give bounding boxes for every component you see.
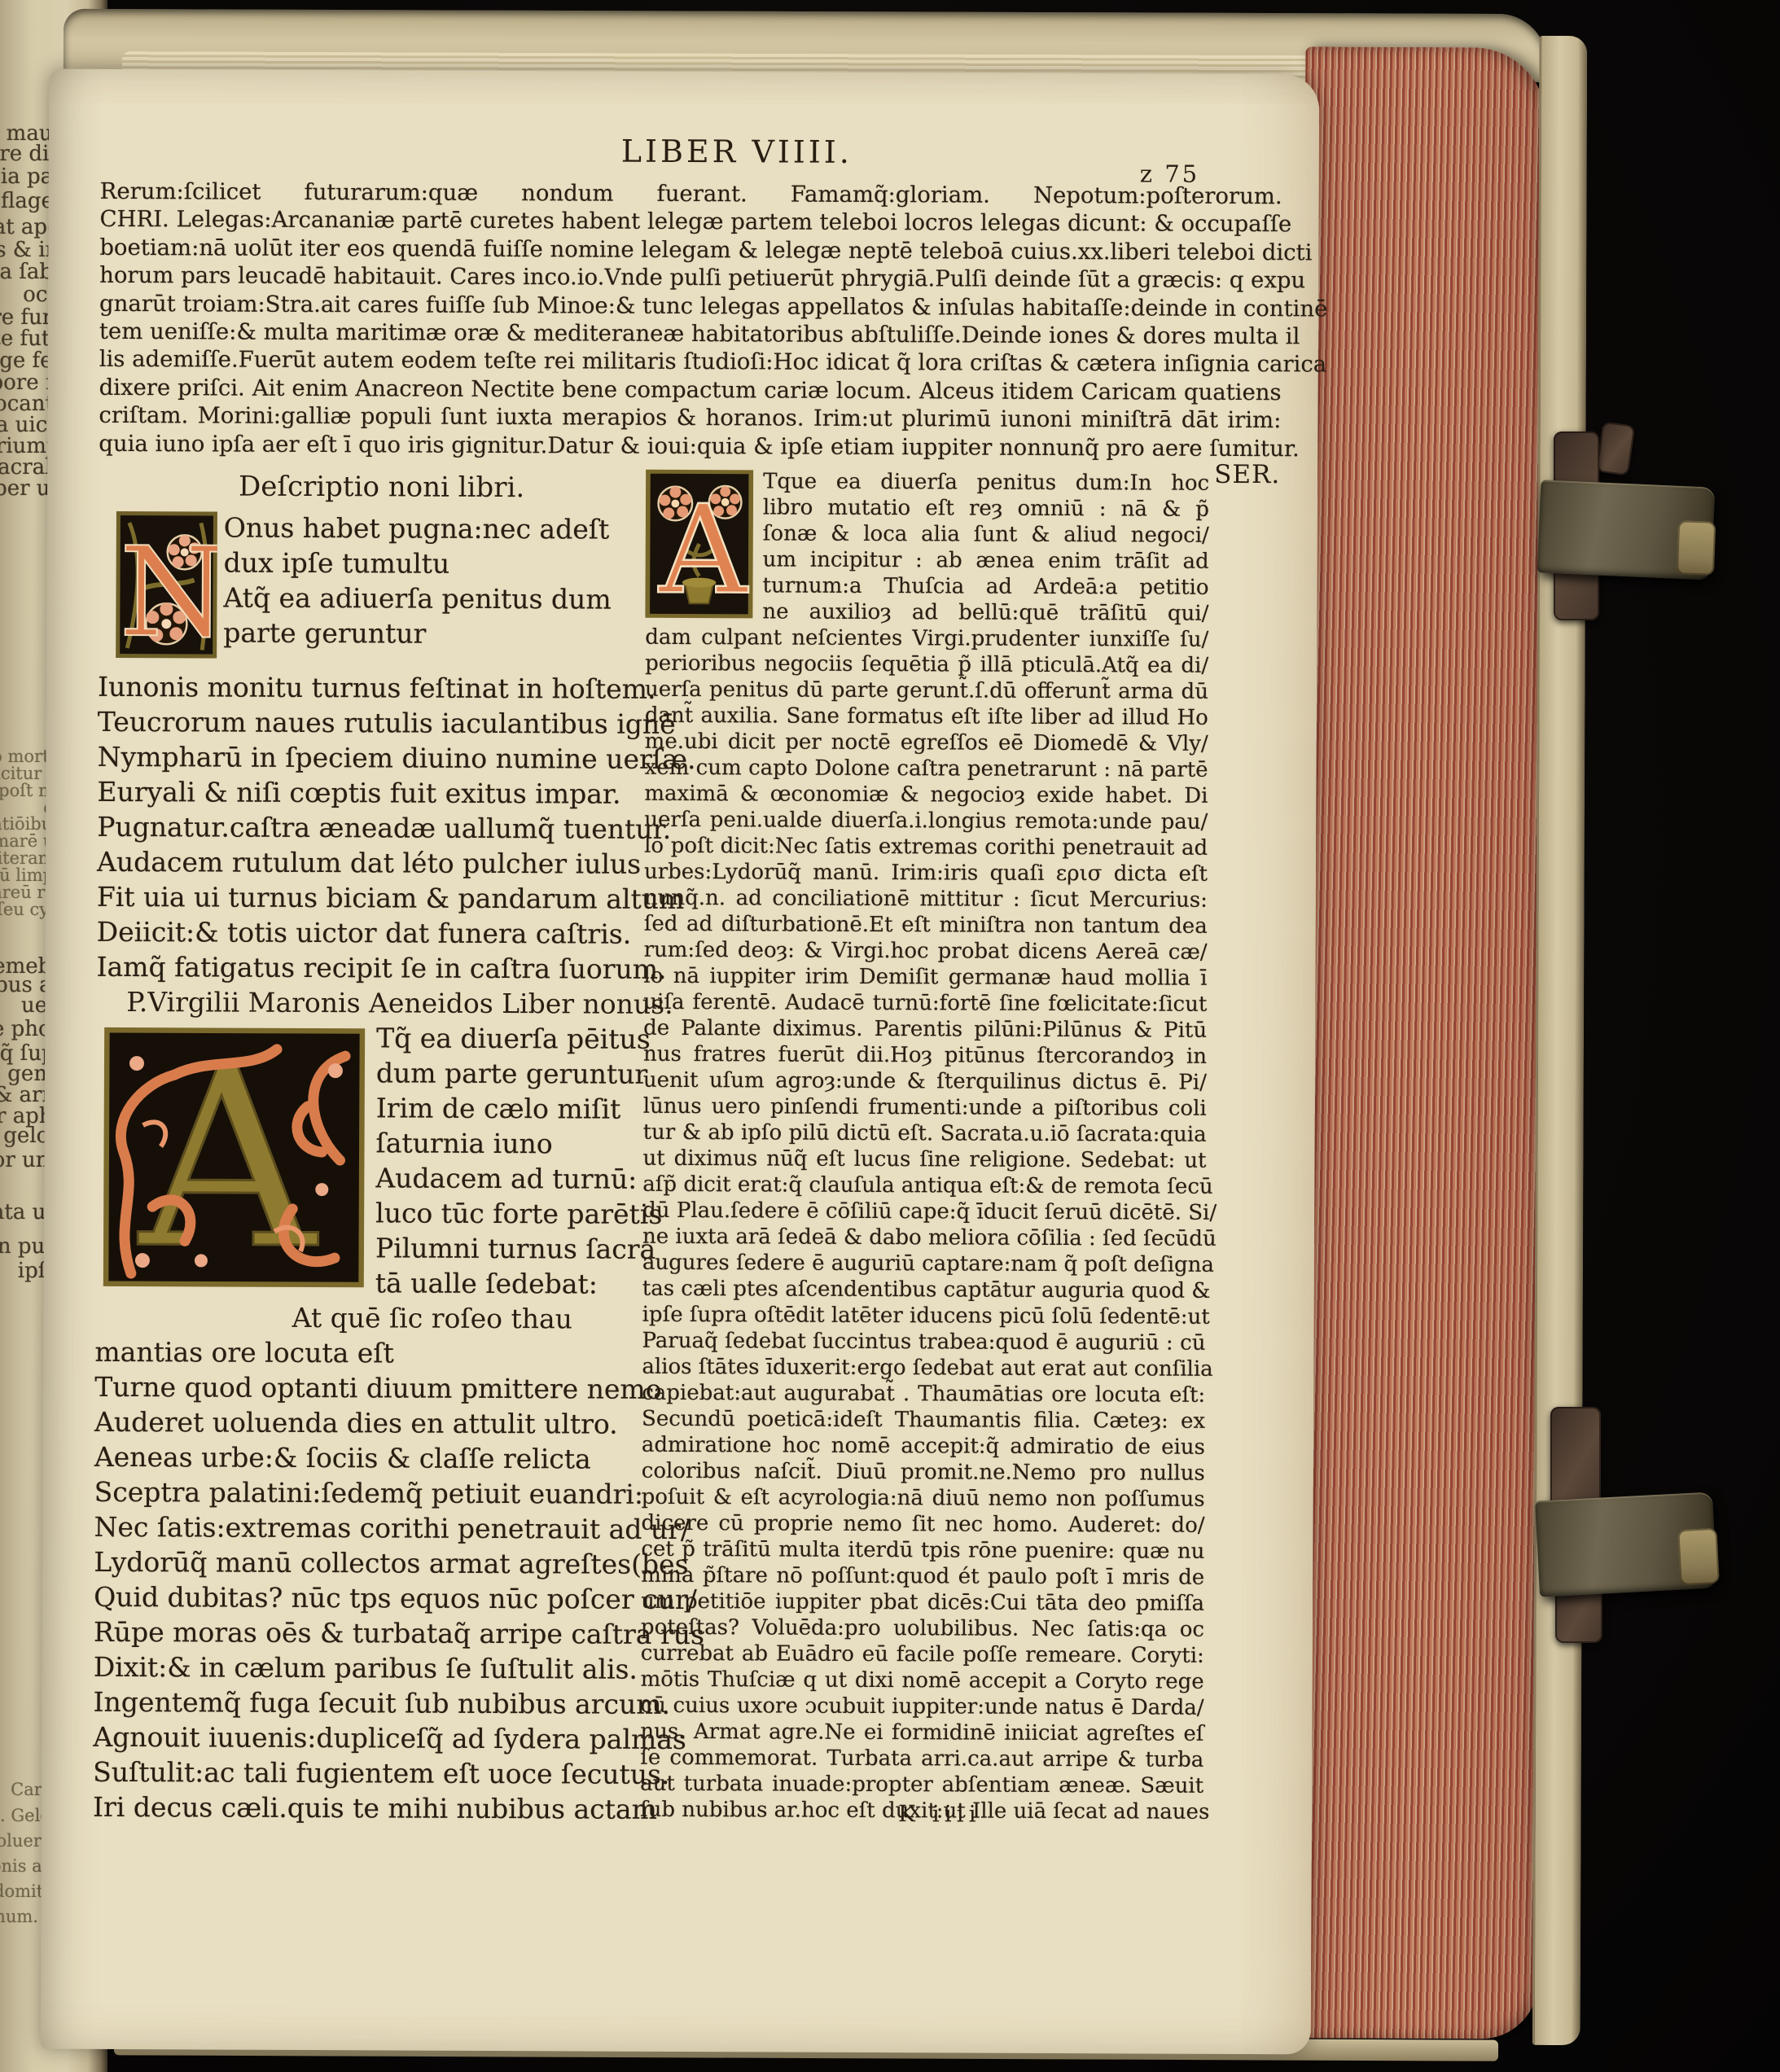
text-line: Turne quod optanti diuum pmittere nemo [94, 1369, 642, 1407]
text-line: admiratione hoc nomē accepit:q̃ admirati… [642, 1432, 1205, 1461]
text-line: mantias ore locuta eſt [94, 1334, 642, 1372]
text-line: Iunonis monitu turnus feſtinat in hoſtem… [98, 669, 645, 707]
text-line: coloribus naſcit̃. Diuū promit.ne.Nemo p… [642, 1458, 1205, 1487]
text-line: uenit uſum agroȝ:unde & ſterquilinus dic… [643, 1067, 1207, 1096]
clasp-lower-brass-tip [1677, 1528, 1719, 1585]
text-line: nus fratres fuerūt dii.Hoȝ pitūnus ſterc… [643, 1041, 1207, 1070]
text-line: horum pars leucadē habitauit. Cares inco… [99, 261, 1282, 295]
clasp-lower [1531, 1400, 1780, 1645]
text-line: xem cum capto Dolone caſtra penetrarunt … [645, 755, 1208, 783]
text-line: quia iuno ipſa aer eſt ī quo iris gignit… [99, 430, 1281, 463]
vellum-cover-right-edge [1532, 36, 1588, 2045]
svg-text:N: N [119, 520, 217, 659]
text-line: ipſe ſupra oſtēdit latēter iducens picū … [642, 1302, 1206, 1330]
text-line: lūnus uero pinſendi frumenti:unde a piſt… [643, 1093, 1207, 1122]
text-line: uerſa peni.ualde diuerſa.i.longius remot… [644, 807, 1208, 835]
text-line: rum:ſed deoȝ: & Virgi.hoc probat dicens … [644, 937, 1208, 966]
text-line: lo poſt dicit:Nec ſatis extremas corithi… [644, 833, 1208, 861]
text-line: Pugnatur.caſtra æneadæ uallumq̃ tuentur. [97, 809, 644, 847]
text-line: ſe commemorat. Turbata arri.ca.aut arrip… [640, 1745, 1203, 1773]
text-line: Aeneas urbe:& ſociis & claſſe relicta [94, 1439, 642, 1477]
text-line: dicere cū proprie nemo ſit nec homo. Aud… [641, 1510, 1204, 1539]
book-subheading: P.Virgilii Maronis Aeneidos Liber nonus. [96, 984, 643, 1022]
text-line: augures ſedere ē auguriū captare:nam q̃ … [642, 1250, 1206, 1278]
text-line: aſp̃ dicit erat:q̃ clauſula antiqua eſt:… [642, 1172, 1206, 1200]
text-line: Euryali & niſi cœptis fuit exitus impar. [97, 774, 644, 812]
text-line: capiebat:aut augurabat̃ . Thaumātias ore… [642, 1380, 1205, 1408]
text-line: Suſtulit:ac tali fugientem eſt uoce ſecu… [93, 1754, 640, 1792]
decorated-initial-n: N [116, 511, 217, 659]
commentary-body: dam culpant neſcientes Virgi.prudenter i… [640, 624, 1208, 1825]
text-line: cet p̃ trāſitū multa iterdū tpis rōne pu… [641, 1536, 1204, 1565]
top-commentary-block: Rerum:ſcilicet futurarum:quæ nondum fuer… [99, 177, 1282, 462]
text-line: maximā & œconomiæ & negocioȝ exide habet… [644, 781, 1208, 809]
text-line: mōtis Thuſciæ q ut dixi nomē accepit a C… [641, 1667, 1204, 1695]
aeneid-verse-continued: mantias ore locuta eſtTurne quod optanti… [93, 1334, 642, 1827]
marginal-note: SER. [1214, 460, 1280, 489]
text-line: nunq̃.n. ad conciliationē mittitur : ſic… [644, 885, 1208, 913]
clasp-upper-leather-tab-small [1596, 422, 1635, 476]
text-line: Agnouit iuuenis:dupliceſq̃ ad ſydera pal… [93, 1719, 640, 1757]
text-line: de Palante diximus. Parentis pilūni:Pilū… [643, 1015, 1207, 1044]
text-line: Dixit:& in cælum paribus ſe ſuſtulit ali… [94, 1649, 641, 1687]
text-line: Nec ſatis:extremas corithi penetrauit ad… [94, 1509, 641, 1547]
text-line: Paruaq̃ ſedebat ſuccintus trabea:quod ē … [642, 1328, 1205, 1356]
text-line: Secundū poeticā:ideſt Thaumantis filia. … [642, 1406, 1205, 1435]
text-line: alios ſtātes īduxerit:ergo ſedebat aut e… [642, 1354, 1205, 1382]
text-line: Fit uia ui turnus biciam & pandarum altu… [97, 879, 644, 917]
text-line: Iri decus cæli.quis te mihi nubibus acta… [93, 1789, 640, 1827]
text-line: cū cuius uxore ɔcubuit iuppiter:unde nat… [640, 1693, 1203, 1721]
text-line: currebat ab Euādro eū facile poſſe remea… [641, 1641, 1204, 1669]
red-speckled-fore-edge [1297, 46, 1547, 2039]
argumentum-verse: Iunonis monitu turnus feſtinat in hoſtem… [96, 669, 645, 987]
text-line: perioribus negociis ſequētia p̃ illā pti… [645, 651, 1208, 679]
text-line: dam culpant neſcientes Virgi.prudenter i… [645, 624, 1208, 653]
verse-continuation-line: At quē ſic roſeo thau [95, 1299, 642, 1337]
left-column: Deſcriptio noni libri. N Onus habet pugn… [93, 466, 646, 1827]
text-line: aut turbata inuade:propter abſentiam æne… [640, 1771, 1203, 1799]
text-line: Lydorūq̃ manū collectos armat agreſtes(b… [94, 1544, 641, 1582]
text-line: Quid dubitas? nūc tps equos nūc poſcer c… [94, 1579, 641, 1617]
text-line: dū Plau.ſedere ē cōſiliū cape:q̃ īducit … [642, 1198, 1206, 1226]
text-line: poſuit & eſt acyrologia:nā diuū nemo non… [642, 1484, 1205, 1513]
text-line: ſed ad diſturbationē.Et eſt miniſtra non… [644, 911, 1208, 940]
text-line: uerſa penitus dū parte gerunt̃.ſ.dū offe… [645, 677, 1208, 705]
decorated-initial-a-small: A [645, 470, 753, 619]
text-line: tas cæli ptes aſcendentibus captātur aug… [642, 1276, 1206, 1304]
book-photograph: amie mauorsre diræ:ia palla:llona flagel… [0, 0, 1780, 2072]
text-line: Teucrorum naues rutulis iaculantibus ign… [98, 704, 645, 742]
text-line: urbes:Lydorūq̃ manū. Irim:iris quaſi ερι… [644, 859, 1208, 887]
text-line: ne iuxta arā ſedeā & dabo meliora cōſili… [642, 1224, 1206, 1252]
text-line: Auderet uoluenda dies en attulit ultro. [94, 1404, 642, 1442]
text-line: mina p̃ſtare nō poſſunt:quod ét paulo po… [641, 1562, 1204, 1591]
text-line: tur & ab ipſo pilū dictū eſt. Sacrata.u.… [643, 1119, 1207, 1148]
text-line: criſtam. Morini:galliæ populi ſunt iuxta… [99, 401, 1281, 435]
text-line: Audacem rutulum dat léto pulcher iulus [97, 844, 644, 882]
text-line: dant̃ auxilia. Sane formatus eſt iſte li… [645, 703, 1208, 731]
text-line: Deiicit:& totis uictor dat funera caſtri… [97, 914, 644, 952]
text-line: Sceptra palatini:ſedemq̃ petiuit euandri… [94, 1474, 642, 1512]
right-column-commentary: A Tque ea diuerſa penitus dum:In hoclibr… [640, 468, 1209, 1825]
clasp-upper-brass-tip [1677, 520, 1716, 576]
text-line: Rūpe moras oēs & turbataq̃ arripe caſtra… [94, 1614, 641, 1652]
chapter-heading: Deſcriptio noni libri. [99, 466, 646, 509]
text-line: Nympharū in ſpeciem diuino numine uerſæ. [98, 739, 645, 777]
text-line: ſub nubibus ar.hoc eſt duxit:ut Ille uiā… [640, 1797, 1203, 1825]
text-line: nus. Armat agre.Ne ei formidinē iniiciat… [640, 1719, 1203, 1747]
text-line: me.ubi dicit per noctē egreſſos eē Diome… [645, 729, 1208, 757]
text-line: Ingentemq̃ fuga ſecuit ſub nubibus arcum… [93, 1684, 640, 1722]
text-line: uiſa ferentē. Audacē turnū:fortē ſine fœ… [643, 989, 1207, 1018]
text-line: lo nā iuppiter irim Demiſit germanæ haud… [643, 963, 1207, 992]
text-line: um petitiōe iuppiter pbat dicēs:Cui tāta… [641, 1588, 1204, 1617]
clasp-upper [1531, 423, 1780, 668]
main-page: LIBER VIIII. z 75 SER. K iiii Rerum:ſcil… [41, 69, 1320, 2055]
text-line: Iamq̃ fatigatus recipit ſe in caſtra ſuo… [96, 949, 643, 987]
svg-text:A: A [658, 479, 750, 618]
decorated-initial-a-large: A [103, 1027, 365, 1287]
text-line: ut diximus nūq̃ eſt lucus ſine religione… [642, 1146, 1206, 1174]
text-line: poteſtas? Voluēda:pro uolubilibus. Nec ſ… [641, 1614, 1204, 1643]
running-title: LIBER VIIII. [570, 133, 904, 170]
